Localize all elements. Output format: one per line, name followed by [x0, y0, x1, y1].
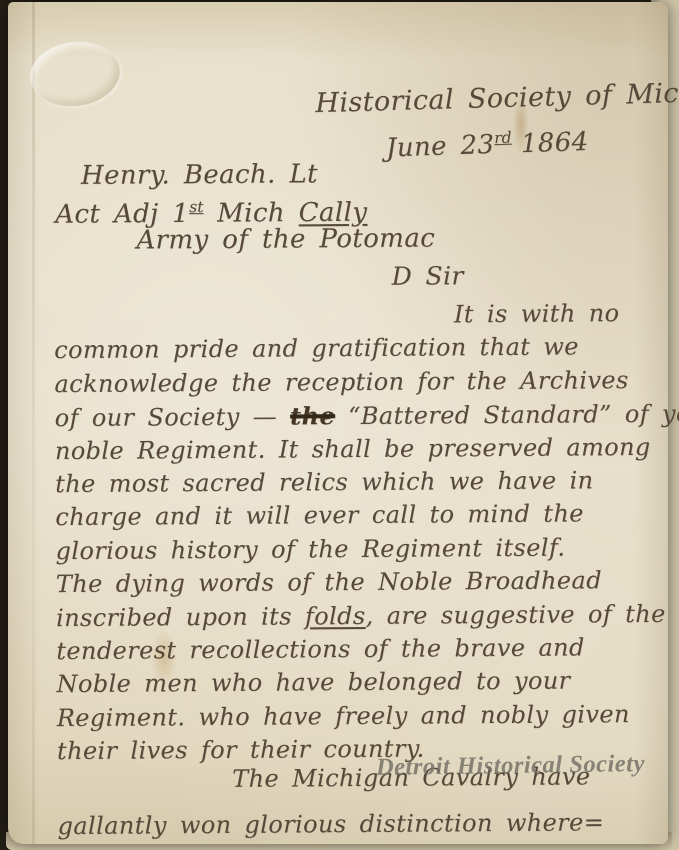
letter-text: charge and it will ever call to mind the [55, 500, 584, 532]
letter-text: tenderest recollections of the brave and [56, 633, 585, 665]
letter-line: inscribed upon its folds, are suggestive… [56, 597, 663, 635]
letter-line: The dying words of the Noble Broadhead [56, 564, 663, 602]
recipient-army: Army of the Potomac [53, 221, 660, 262]
letter-line: It is with no [54, 297, 661, 335]
letter-line: gallantly won glorious distinction where… [57, 806, 664, 844]
letter-line: tenderest recollections of the brave and [56, 631, 663, 669]
letter-line: Regiment. who have freely and nobly give… [57, 698, 664, 736]
paper-crease [32, 2, 35, 844]
letter-text: The dying words of the Noble Broadhead [56, 566, 602, 598]
letter-text: of our Society — [55, 403, 291, 433]
letter-line: acknowledge the reception for the Archiv… [54, 364, 661, 402]
letter-handwriting: Historical Society of Mich June 23rd1864… [52, 84, 664, 843]
letter-text: noble Regiment. It shall be preserved am… [55, 433, 651, 465]
letter-text: Regiment. who have freely and nobly give… [57, 700, 630, 732]
photo-background: Historical Society of Mich June 23rd1864… [0, 0, 679, 850]
letter-line: of our Society — the “Battered Standard”… [55, 397, 662, 435]
letter-line: the most sacred relics which we have in [55, 464, 662, 502]
letter-text: glorious history of the Regiment itself. [56, 533, 566, 565]
letter-line: glorious history of the Regiment itself. [55, 531, 662, 569]
letter-line: charge and it will ever call to mind the [55, 497, 662, 535]
letter-line: common pride and gratification that we [54, 330, 661, 368]
date-ordinal: rd [494, 129, 512, 148]
letter-text: inscribed upon its [56, 602, 305, 632]
recipient-unit: Act Adj 1st Mich Cally [53, 188, 660, 225]
letter-text: the most sacred relics which we have in [55, 466, 594, 498]
letter-line: noble Regiment. It shall be preserved am… [55, 430, 662, 468]
date-text: June 23 [385, 130, 494, 164]
unit-ordinal: st [189, 198, 203, 216]
letter-text: common pride and gratification that we [54, 333, 579, 365]
date-year: 1864 [520, 127, 589, 159]
letter-text: It is with no [454, 299, 620, 328]
letter-text: , are suggestive of the [365, 599, 665, 629]
salutation: D Sir [54, 258, 661, 301]
letter-text: “Battered Standard” of your [335, 400, 679, 431]
letter-paper: Historical Society of Mich June 23rd1864… [8, 2, 668, 844]
letter-text: gallantly won glorious distinction where… [57, 808, 604, 840]
letter-line: Noble men who have belonged to your [56, 664, 663, 702]
struck-out-word: the [290, 401, 335, 430]
letter-text: folds [305, 601, 366, 629]
archive-watermark: Detroit Historical Society [376, 750, 645, 782]
letter-text: their lives for their country. [57, 735, 425, 766]
letter-text: acknowledge the reception for the Archiv… [54, 366, 628, 398]
letter-text: Noble men who have belonged to your [56, 667, 570, 699]
